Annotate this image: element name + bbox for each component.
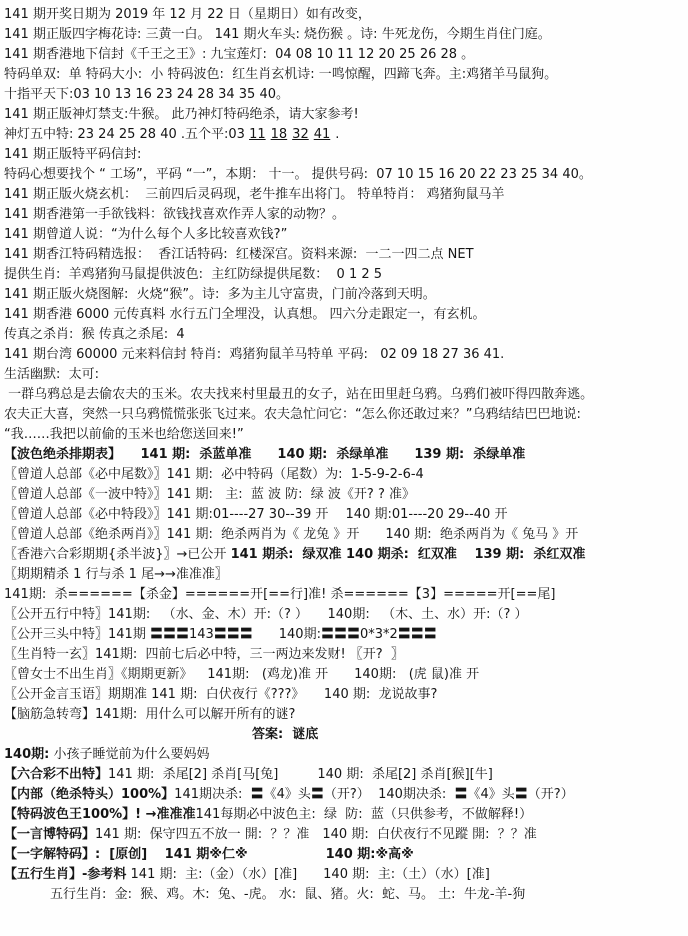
- line-lamp-ban: 141 期正版神灯禁支:牛猴。 此乃神灯特码绝杀，请大家参考!: [4, 105, 688, 125]
- line-text: 小孩子睡觉前为什么要妈妈: [49, 747, 209, 762]
- line-text: .: [335, 127, 339, 142]
- line-text: 〖曾女士不出生肖〗《期期更新》 141期: (鸡龙)准 开 140期: (虎 鼠…: [4, 667, 479, 682]
- line-text: 〖曾道人总部《必中尾数》〗141 期: 必中特码（尾数）为: 1-5-9-2-6…: [4, 467, 424, 482]
- line-text: 传真之杀肖: 猴 传真之杀尾: 4: [4, 327, 185, 342]
- line-no-special: 【六合彩不出特】141 期: 杀尾[2] 杀肖[马[兔] 140 期: 杀尾[2…: [4, 765, 688, 785]
- line-text: 【一字解特码】: [原创] 141 期※仁※ 140 期:※高※: [4, 847, 414, 862]
- line-color-kill-table: 【波色绝杀排期表】 141 期: 杀蓝单准 140 期: 杀绿单准 139 期:…: [4, 445, 688, 465]
- line-half-wave-kill: 〖香港六合彩期期{杀半波}〗→已公开 141 期杀: 绿双准 140 期杀: 红…: [4, 545, 688, 565]
- line-ten-fingers: 十指平天下:03 10 13 16 23 24 28 34 35 40。: [4, 85, 688, 105]
- underlined-number: 18: [271, 127, 288, 142]
- line-joke-3: “我……我把以前偷的玉米也给您送回来!”: [4, 425, 688, 445]
- line-fax-kill: 传真之杀肖: 猴 传真之杀尾: 4: [4, 325, 688, 345]
- line-fire-diagram: 141 期正版火烧图解: 火烧“猴”。诗: 多为主儿守富贵，门前冷落到天明。: [4, 285, 688, 305]
- line-next-riddle: 140期: 小孩子睡觉前为什么要妈妈: [4, 745, 688, 765]
- line-kill-head: 【内部（绝杀特头）100%】141期决杀: 〓《4》头〓（开?） 140期决杀:…: [4, 785, 688, 805]
- line-fire-mystery: 141 期正版火烧玄机： 三前四后灵码现，老牛推车出将门。 特单特肖： 鸡猪狗鼠…: [4, 185, 688, 205]
- line-lamp-five: 神灯五中特: 23 24 25 28 40 .五个平:03 11183241.: [4, 125, 688, 145]
- line-text: 140期:: [4, 747, 49, 762]
- line-text: 〖公开五行中特〗141期: （水、金、木）开:（? ） 140期: （木、土、水…: [4, 607, 528, 622]
- line-first-hand: 141 期香港第一手欲钱料：欲钱找喜欢作弄人家的动物？。: [4, 205, 688, 225]
- line-text: 神灯五中特: 23 24 25 28 40 .五个平:03: [4, 127, 249, 142]
- line-factory: 特码心想要找个 “ 工场”，平码 “一”，本期： 十一。 提供号码: 07 10…: [4, 165, 688, 185]
- line-text: 【脑筋急转弯】141期: 用什么可以解开所有的谜?: [4, 707, 295, 722]
- line-text: 〖曾道人总部《绝杀两肖》〗141 期: 绝杀两肖为《 龙兔 》开 140 期: …: [4, 527, 578, 542]
- line-one-sentence: 【一言博特码】141 期: 保守四五不放一 開: ？？准 140 期: 白伏夜行…: [4, 825, 688, 845]
- line-kill-row-tail: 〖期期精杀 1 行与杀 1 尾→→准准准〗: [4, 565, 688, 585]
- line-text: 【特码波色王100%】! →准准准: [4, 807, 196, 822]
- line-draw-date: 141 期开奖日期为 2019 年 12 月 22 日（星期日）如有改变，: [4, 5, 688, 25]
- line-humor-title: 生活幽默: 太可:: [4, 365, 688, 385]
- line-text: 141期: 杀======【杀金】======开[==行]准! 杀======【…: [4, 587, 555, 602]
- line-text: 【五行生肖】-参考料: [4, 867, 126, 882]
- line-text: 特码单双: 单 特码大小: 小 特码波色: 红生肖玄机诗: 一鸣惊醒，四蹄飞奔。…: [4, 67, 557, 82]
- line-xiangjiang-report: 141 期香江特码精选报： 香江话特码: 红楼深宫。资料来源: 一二一四二点 N…: [4, 245, 688, 265]
- line-text: 特码心想要找个 “ 工场”，平码 “一”，本期： 十一。 提供号码: 07 10…: [4, 167, 592, 182]
- line-odd-even: 特码单双: 单 特码大小: 小 特码波色: 红生肖玄机诗: 一鸣惊醒，四蹄飞奔。…: [4, 65, 688, 85]
- line-text: “我……我把以前偷的玉米也给您送回来!”: [4, 427, 244, 442]
- line-text: 〖曾道人总部《一波中特》〗141 期: 主: 蓝 波 防: 绿 波《开? ? 准…: [4, 487, 415, 502]
- line-zengdaoren-says: 141 期曾道人说：“为什么每个人多比较喜欢钱?”: [4, 225, 688, 245]
- line-text: 【波色绝杀排期表】 141 期: 杀蓝单准 140 期: 杀绿单准 139 期:…: [4, 447, 525, 462]
- underlined-number: 11: [249, 127, 266, 142]
- line-provide-zodiac: 提供生肖: 羊鸡猪狗马鼠提供波色: 主红防绿提供尾数： 0 1 2 5: [4, 265, 688, 285]
- line-text: 141 期: 主:（金）（水）[准] 140 期: 主:（土）（水）[准]: [126, 867, 489, 882]
- line-text: 〖公开金言玉语〗期期准 141 期: 白伏夜行《???》 140 期: 龙说故事…: [4, 687, 437, 702]
- line-text: 141 期正版特平码信封:: [4, 147, 141, 162]
- lottery-tips-page: 141 期开奖日期为 2019 年 12 月 22 日（星期日）如有改变， 14…: [0, 0, 688, 905]
- line-text: 141 期正版神灯禁支:牛猴。 此乃神灯特码绝杀，请大家参考!: [4, 107, 359, 122]
- line-text: 〖香港六合彩期期{杀半波}〗→已公开: [4, 547, 231, 562]
- line-text: 〖期期精杀 1 行与杀 1 尾→→准准准〗: [4, 567, 228, 582]
- line-special-envelope: 141 期正版特平码信封:: [4, 145, 688, 165]
- line-kill-two-zodiac: 〖曾道人总部《绝杀两肖》〗141 期: 绝杀两肖为《 龙兔 》开 140 期: …: [4, 525, 688, 545]
- line-text: 【内部（绝杀特头）100%】: [4, 787, 174, 802]
- line-text: 提供生肖: 羊鸡猪狗马鼠提供波色: 主红防绿提供尾数： 0 1 2 5: [4, 267, 382, 282]
- line-joke-1: 一群乌鸦总是去偷农夫的玉米。农夫找来村里最丑的女子，站在田里赶乌鸦。乌鸦们被吓得…: [4, 385, 688, 405]
- line-madam-zeng: 〖曾女士不出生肖〗《期期更新》 141期: (鸡龙)准 开 140期: (虎 鼠…: [4, 665, 688, 685]
- line-text: 农夫正大喜，突然一只乌鸦慌慌张张飞过来。农夫急忙问它：“怎么你还敢过来？”乌鸦结…: [4, 407, 581, 422]
- line-envelope: 141 期香港地下信封《千王之王》: 九宝莲灯: 04 08 10 11 12 …: [4, 45, 688, 65]
- line-special-range: 〖曾道人总部《必中特段》〗141 期:01----27 30--39 开 140…: [4, 505, 688, 525]
- line-text: 141 期杀: 绿双准 140 期杀: 红双准 139 期: 杀红双准: [231, 547, 586, 562]
- line-text: 141 期台湾 60000 元来料信封 特肖: 鸡猪狗鼠羊马特单 平码: 02 …: [4, 347, 504, 362]
- line-text: 141 期正版四字梅花诗: 三黄一白。 141 期火车头: 烧伤猴 。诗: 牛死…: [4, 27, 551, 42]
- line-plum-poem: 141 期正版四字梅花诗: 三黄一白。 141 期火车头: 烧伤猴 。诗: 牛死…: [4, 25, 688, 45]
- line-taiwan-envelope: 141 期台湾 60000 元来料信封 特肖: 鸡猪狗鼠羊马特单 平码: 02 …: [4, 345, 688, 365]
- line-text: 141期决杀: 〓《4》头〓（开?） 140期决杀: 〓《4》头〓（开?）: [174, 787, 574, 802]
- line-zodiac-mystery: 〖生肖特一玄〗141期: 四前七后必中特，三一两边来发财! 〖开? 〗: [4, 645, 688, 665]
- line-text: 141 期: 保守四五不放一 開: ？？准 140 期: 白伏夜行不见蹤 開: …: [95, 827, 537, 842]
- line-one-char: 【一字解特码】: [原创] 141 期※仁※ 140 期:※高※: [4, 845, 688, 865]
- line-text: 141 期香港地下信封《千王之王》: 九宝莲灯: 04 08 10 11 12 …: [4, 47, 474, 62]
- line-five-element-zodiac: 【五行生肖】-参考料 141 期: 主:（金）（水）[准] 140 期: 主:（…: [4, 865, 688, 885]
- line-text: 141 期: 杀尾[2] 杀肖[马[兔] 140 期: 杀尾[2] 杀肖[猴][…: [108, 767, 493, 782]
- line-text: 141 期香港第一手欲钱料：欲钱找喜欢作弄人家的动物？。: [4, 207, 345, 222]
- line-text: 141 期曾道人说：“为什么每个人多比较喜欢钱?”: [4, 227, 287, 242]
- line-riddle-answer: 答案: 谜底: [4, 725, 688, 745]
- line-text: 141 期香江特码精选报： 香江话特码: 红楼深宫。资料来源: 一二一四二点 N…: [4, 247, 474, 262]
- line-text: 【一言博特码】: [4, 827, 95, 842]
- line-text: 141 期正版火烧图解: 火烧“猴”。诗: 多为主儿守富贵，门前冷落到天明。: [4, 287, 436, 302]
- line-element-mapping: 五行生肖: 金: 猴、鸡。木: 兔、-虎。 水: 鼠、猪。火: 蛇、马。 土: …: [4, 885, 688, 905]
- line-text: 141每期必中波色主: 绿 防: 蓝（只供参考，不做解释!）: [196, 807, 533, 822]
- line-text: 五行生肖: 金: 猴、鸡。木: 兔、-虎。 水: 鼠、猪。火: 蛇、马。 土: …: [50, 887, 525, 902]
- line-text: 〖曾道人总部《必中特段》〗141 期:01----27 30--39 开 140…: [4, 507, 507, 522]
- line-tail-numbers: 〖曾道人总部《必中尾数》〗141 期: 必中特码（尾数）为: 1-5-9-2-6…: [4, 465, 688, 485]
- line-text: 141 期正版火烧玄机： 三前四后灵码现，老牛推车出将门。 特单特肖： 鸡猪狗鼠…: [4, 187, 504, 202]
- line-text: 生活幽默: 太可:: [4, 367, 99, 382]
- line-five-elements: 〖公开五行中特〗141期: （水、金、木）开:（? ） 140期: （木、土、水…: [4, 605, 688, 625]
- line-kill-gold: 141期: 杀======【杀金】======开[==行]准! 杀======【…: [4, 585, 688, 605]
- underlined-number: 32: [292, 127, 309, 142]
- line-three-heads: 〖公开三头中特〗141期 〓〓〓143〓〓〓 140期:〓〓〓0*3*2〓〓〓: [4, 625, 688, 645]
- line-text: 〖生肖特一玄〗141期: 四前七后必中特，三一两边来发财! 〖开? 〗: [4, 647, 404, 662]
- line-text: 141 期香港 6000 元传真料 水行五门全埋没，认真想。 四六分走跟定一，有…: [4, 307, 486, 322]
- line-text: 【六合彩不出特】: [4, 767, 108, 782]
- line-riddle: 【脑筋急转弯】141期: 用什么可以解开所有的谜?: [4, 705, 688, 725]
- underlined-number: 41: [314, 127, 331, 142]
- line-one-wave: 〖曾道人总部《一波中特》〗141 期: 主: 蓝 波 防: 绿 波《开? ? 准…: [4, 485, 688, 505]
- line-text: 〖公开三头中特〗141期 〓〓〓143〓〓〓 140期:〓〓〓0*3*2〓〓〓: [4, 627, 437, 642]
- line-golden-words: 〖公开金言玉语〗期期准 141 期: 白伏夜行《???》 140 期: 龙说故事…: [4, 685, 688, 705]
- line-joke-2: 农夫正大喜，突然一只乌鸦慌慌张张飞过来。农夫急忙问它：“怎么你还敢过来？”乌鸦结…: [4, 405, 688, 425]
- line-text: 一群乌鸦总是去偷农夫的玉米。农夫找来村里最丑的女子，站在田里赶乌鸦。乌鸦们被吓得…: [4, 387, 593, 402]
- line-text: 答案: 谜底: [252, 727, 318, 742]
- line-hk-fax: 141 期香港 6000 元传真料 水行五门全埋没，认真想。 四六分走跟定一，有…: [4, 305, 688, 325]
- line-text: 141 期开奖日期为 2019 年 12 月 22 日（星期日）如有改变，: [4, 7, 371, 22]
- line-wave-king: 【特码波色王100%】! →准准准141每期必中波色主: 绿 防: 蓝（只供参考…: [4, 805, 688, 825]
- line-text: 十指平天下:03 10 13 16 23 24 28 34 35 40。: [4, 87, 289, 102]
